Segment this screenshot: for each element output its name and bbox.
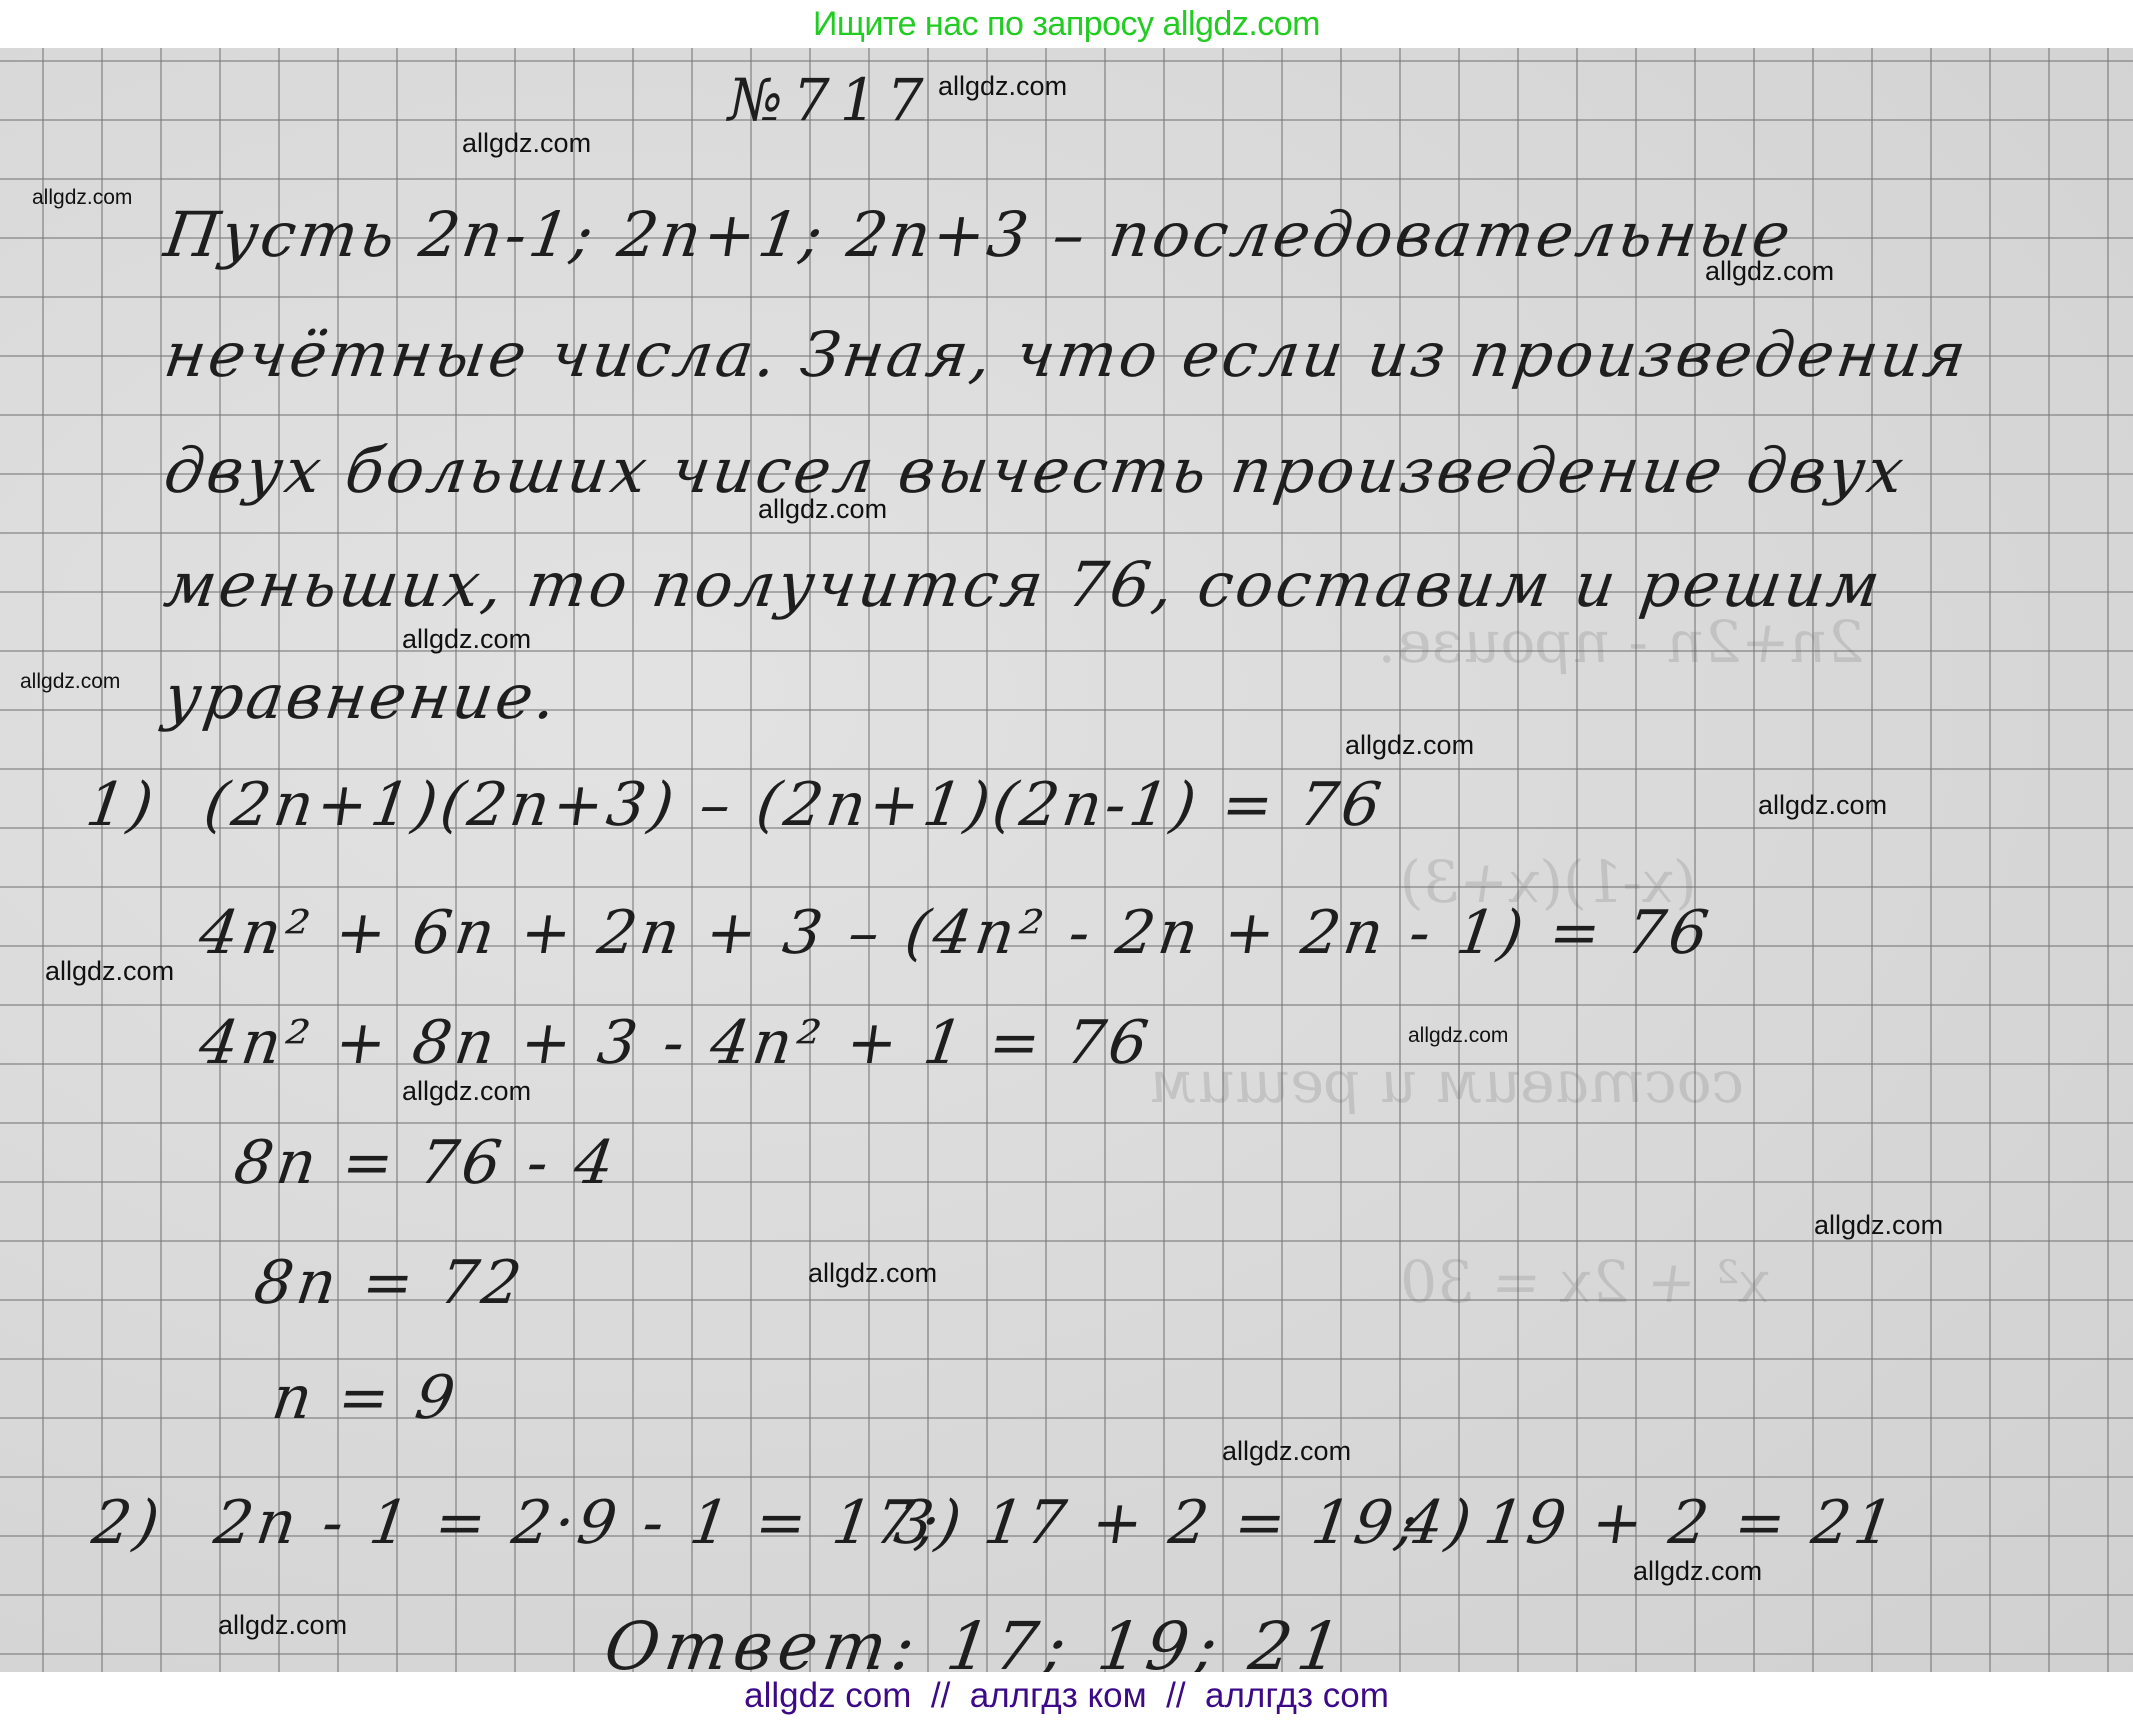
problem-text-line: меньших, то получится 76, составим и реш… [160,548,1887,621]
watermark: allgdz.com [1345,730,1474,761]
problem-number: №717 [728,66,934,134]
problem-text-line: уравнение. [160,660,564,733]
equation-line: (2n+1)(2n+3) – (2n+1)(2n-1) = 76 [200,770,1389,840]
equation-line: n = 9 [268,1363,463,1433]
watermark: allgdz.com [758,494,887,525]
step-label: 1) [82,770,161,840]
watermark: allgdz.com [938,71,1067,102]
equation-line: 2n - 1 = 2·9 - 1 = 17; [210,1488,947,1558]
equation-line: 4n² + 8n + 3 - 4n² + 1 = 76 [195,1008,1156,1078]
equation-line: 17 + 2 = 19; [980,1488,1426,1558]
show-through-ink: x² + 2x = 30 [1395,1248,1775,1316]
equation-line: 4n² + 6n + 2n + 3 – (4n² - 2n + 2n - 1) … [195,898,1716,968]
watermark: allgdz.com [462,128,591,159]
equation-line: 8n = 76 - 4 [230,1128,622,1198]
watermark: allgdz.com [1408,1024,1508,1048]
watermark: allgdz.com [808,1258,937,1289]
step-label: 2) [88,1488,167,1558]
problem-text-line: двух больших чисел вычесть произведение … [160,434,1911,507]
problem-text-line: нечётные числа. Зная, что если из произв… [160,318,1973,391]
step-label: 4) [1400,1488,1479,1558]
bottom-banner: allgdz com // аллгдз ком // аллгдз com [0,1672,2133,1720]
watermark: allgdz.com [1758,790,1887,821]
top-banner: Ищите нас по запросу allgdz.com [0,0,2133,48]
watermark: allgdz.com [32,186,132,210]
show-through-ink: составим и решим [1145,1048,1749,1116]
watermark: allgdz.com [1222,1436,1351,1467]
watermark: allgdz.com [402,1076,531,1107]
watermark: allgdz.com [20,670,120,694]
watermark: allgdz.com [45,956,174,987]
answer-line: Ответ: 17; 19; 21 [600,1608,1351,1672]
notebook-page: 2n+2n - произв. (x-1)(x+3) составим и ре… [0,48,2133,1672]
watermark: allgdz.com [1814,1210,1943,1241]
watermark: allgdz.com [1633,1556,1762,1587]
watermark: allgdz.com [402,624,531,655]
watermark: allgdz.com [1705,256,1834,287]
problem-text-line: Пусть 2n-1; 2n+1; 2n+3 – последовательны… [160,198,1798,271]
equation-line: 8n = 72 [250,1248,529,1318]
equation-line: 19 + 2 = 21 [1480,1488,1902,1558]
watermark: allgdz.com [218,1610,347,1641]
step-label: 3) [890,1488,969,1558]
